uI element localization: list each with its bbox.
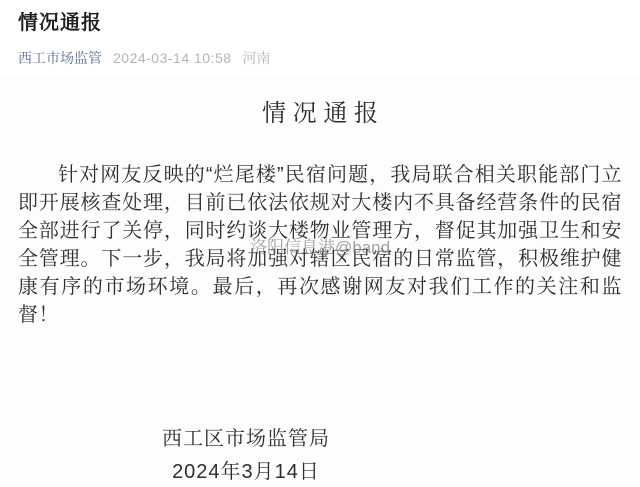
signature-agency: 西工区市场监管局 <box>162 423 330 456</box>
document-title: 情 况 通 报 <box>0 97 640 131</box>
notice-document-image[interactable]: 情 况 通 报 针对网友反映的“烂尾楼”民宿问题，我局联合相关职能部门立即开展核… <box>0 75 640 487</box>
post-region: 河南 <box>243 49 271 67</box>
author-link[interactable]: 西工市场监管 <box>18 49 102 67</box>
post-title: 情况通报 <box>18 10 622 36</box>
document-signature-block: 西工区市场监管局 2024年3月14日 <box>162 423 330 487</box>
signature-date: 2024年3月14日 <box>162 456 330 487</box>
post-timestamp: 2024-03-14 10:58 <box>113 49 232 67</box>
post-header: 情况通报 西工市场监管 2024-03-14 10:58 河南 <box>0 0 640 67</box>
post-meta: 西工市场监管 2024-03-14 10:58 河南 <box>18 49 622 67</box>
document-body-text: 针对网友反映的“烂尾楼”民宿问题，我局联合相关职能部门立即开展核查处理，目前已依… <box>18 161 622 329</box>
article-page: 情况通报 西工市场监管 2024-03-14 10:58 河南 情 况 通 报 … <box>0 0 640 487</box>
